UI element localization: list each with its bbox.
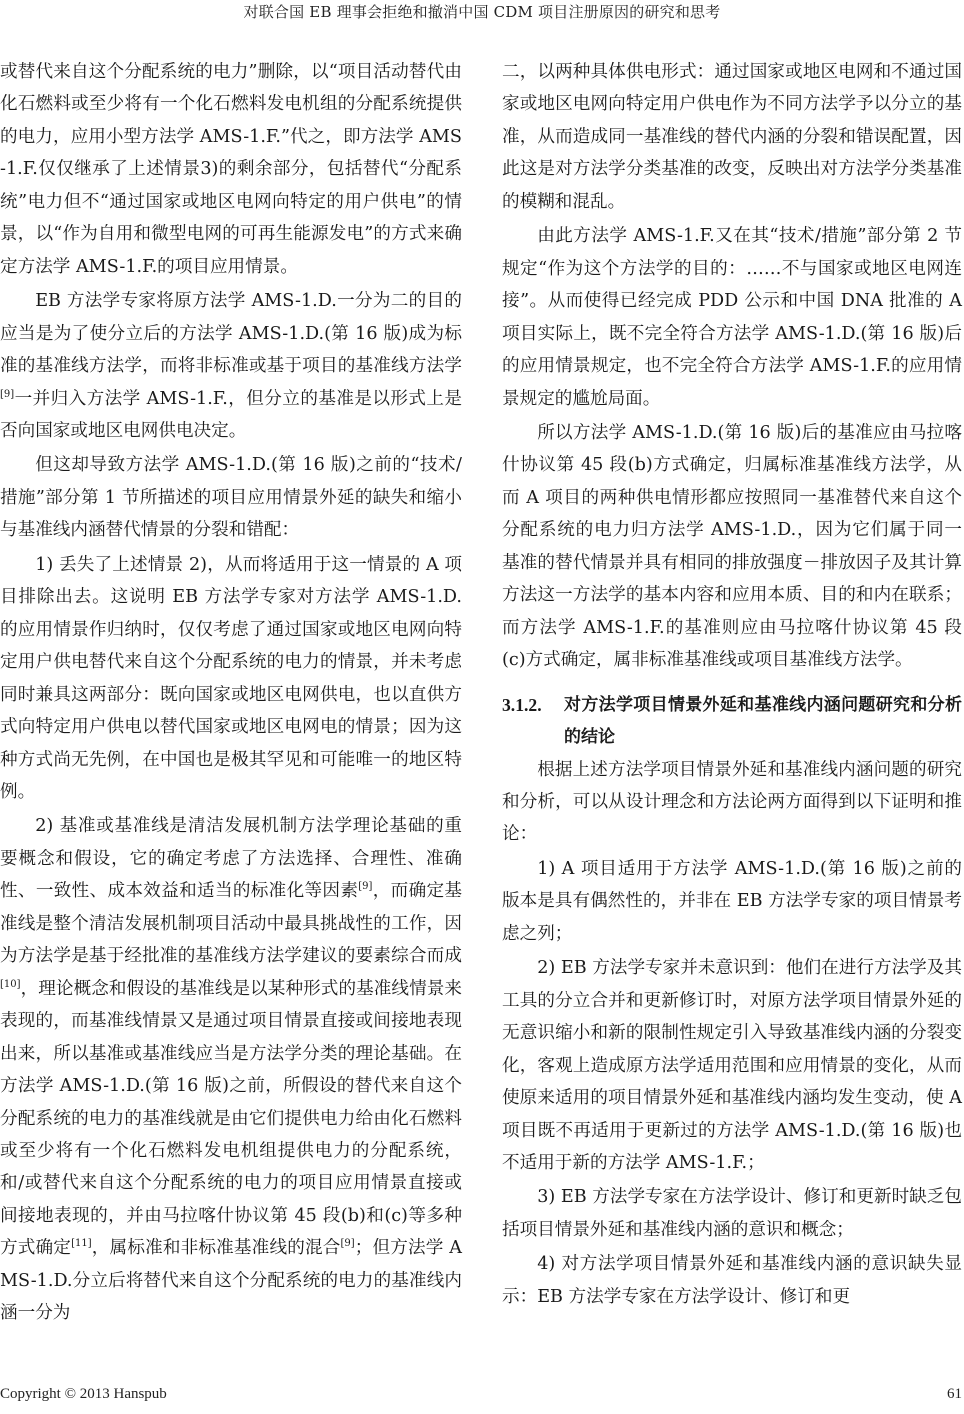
body-paragraph: EB 方法学专家将原方法学 AMS-1.D.一分为二的目的应当是为了使分立后的方… xyxy=(0,285,462,447)
paragraph-text: 1) A 项目适用于方法学 AMS-1.D.(第 16 版)之前的版本是具有偶然… xyxy=(502,859,962,944)
section-heading: 3.1.2. 对方法学项目情景外延和基准线内涵问题研究和分析的结论 xyxy=(502,689,962,754)
paragraph-text: 1) 丢失了上述情景 2)，从而将适用于这一情景的 A 项目排除出去。这说明 E… xyxy=(0,555,462,802)
footer-copyright: Copyright © 2013 Hanspub xyxy=(0,1384,167,1404)
paragraph-text: 二，以两种具体供电形式：通过国家或地区电网和不通过国家或地区电网向特定用户供电作… xyxy=(502,62,962,212)
left-column: 或替代来自这个分配系统的电力”删除，以“项目活动替代由化石燃料或至少将有一个化石… xyxy=(0,56,462,1330)
running-header: 对联合国 EB 理事会拒绝和撤消中国 CDM 项目注册原因的研究和思考 xyxy=(0,2,964,22)
paragraph-text: 但这却导致方法学 AMS-1.D.(第 16 版)之前的“技术/措施”部分第 1… xyxy=(0,455,462,540)
body-paragraph: 1) 丢失了上述情景 2)，从而将适用于这一情景的 A 项目排除出去。这说明 E… xyxy=(0,549,462,809)
citation-reference: [9] xyxy=(0,389,14,400)
body-paragraph: 所以方法学 AMS-1.D.(第 16 版)后的基准应由马拉喀什协议第 45 段… xyxy=(502,417,962,677)
right-paragraphs-before-heading: 二，以两种具体供电形式：通过国家或地区电网和不通过国家或地区电网向特定用户供电作… xyxy=(502,56,962,677)
citation-reference: [9] xyxy=(358,881,372,892)
page-number: 61 xyxy=(947,1384,962,1404)
section-title: 对方法学项目情景外延和基准线内涵问题研究和分析的结论 xyxy=(564,689,962,754)
body-paragraph: 由此方法学 AMS-1.F.又在其“技术/措施”部分第 2 节规定“作为这个方法… xyxy=(502,220,962,415)
paragraph-text: 一并归入方法学 AMS-1.F.，但分立的基准是以形式上是否向国家或地区电网供电… xyxy=(0,389,462,441)
body-paragraph: 1) A 项目适用于方法学 AMS-1.D.(第 16 版)之前的版本是具有偶然… xyxy=(502,853,962,950)
body-paragraph: 二，以两种具体供电形式：通过国家或地区电网和不通过国家或地区电网向特定用户供电作… xyxy=(502,56,962,218)
body-paragraph: 2) EB 方法学专家并未意识到：他们在进行方法学及其工具的分立合并和更新修订时… xyxy=(502,952,962,1179)
paragraph-text: ，理论概念和假设的基准线是以某种形式的基准线情景来表现的，而基准线情景又是通过项… xyxy=(0,979,462,1259)
paragraph-text: 由此方法学 AMS-1.F.又在其“技术/措施”部分第 2 节规定“作为这个方法… xyxy=(502,226,962,408)
body-paragraph: 4) 对方法学项目情景外延和基准线内涵的意识缺失显示：EB 方法学专家在方法学设… xyxy=(502,1248,962,1313)
citation-reference: [10] xyxy=(0,979,21,990)
section-number: 3.1.2. xyxy=(502,689,564,754)
body-paragraph: 根据上述方法学项目情景外延和基准线内涵问题的研究和分析，可以从设计理念和方法论两… xyxy=(502,754,962,851)
paragraph-text: 2) EB 方法学专家并未意识到：他们在进行方法学及其工具的分立合并和更新修订时… xyxy=(502,958,962,1173)
right-paragraphs-after-heading: 根据上述方法学项目情景外延和基准线内涵问题的研究和分析，可以从设计理念和方法论两… xyxy=(502,754,962,1314)
right-column: 二，以两种具体供电形式：通过国家或地区电网和不通过国家或地区电网向特定用户供电作… xyxy=(502,56,962,1313)
paragraph-text: 根据上述方法学项目情景外延和基准线内涵问题的研究和分析，可以从设计理念和方法论两… xyxy=(502,760,962,845)
citation-reference: [9] xyxy=(341,1238,355,1249)
paragraph-text: 或替代来自这个分配系统的电力”删除，以“项目活动替代由化石燃料或至少将有一个化石… xyxy=(0,62,462,277)
paragraph-text: 所以方法学 AMS-1.D.(第 16 版)后的基准应由马拉喀什协议第 45 段… xyxy=(502,423,962,670)
body-paragraph: 2) 基准或基准线是清洁发展机制方法学理论基础的重要概念和假设，它的确定考虑了方… xyxy=(0,810,462,1329)
paragraph-text: 4) 对方法学项目情景外延和基准线内涵的意识缺失显示：EB 方法学专家在方法学设… xyxy=(502,1254,962,1306)
citation-reference: [11] xyxy=(71,1238,92,1249)
paragraph-text: ，属标准和非标准基准线的混合 xyxy=(92,1238,341,1258)
paragraph-text: 3) EB 方法学专家在方法学设计、修订和更新时缺乏包括项目情景外延和基准线内涵… xyxy=(502,1187,962,1239)
paragraph-text: EB 方法学专家将原方法学 AMS-1.D.一分为二的目的应当是为了使分立后的方… xyxy=(0,291,462,376)
body-paragraph: 3) EB 方法学专家在方法学设计、修订和更新时缺乏包括项目情景外延和基准线内涵… xyxy=(502,1181,962,1246)
body-paragraph: 或替代来自这个分配系统的电力”删除，以“项目活动替代由化石燃料或至少将有一个化石… xyxy=(0,56,462,283)
body-paragraph: 但这却导致方法学 AMS-1.D.(第 16 版)之前的“技术/措施”部分第 1… xyxy=(0,449,462,546)
